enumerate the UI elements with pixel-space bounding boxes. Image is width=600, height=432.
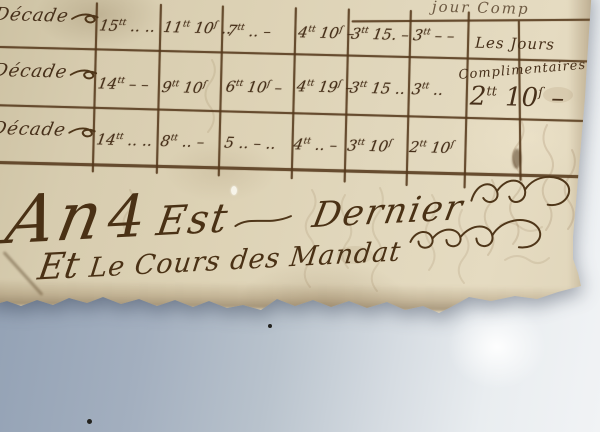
table-cell: 14tt ‥ ‥	[95, 130, 154, 149]
table-cell: 3tt – –	[412, 26, 456, 45]
photo-background: jour Comp Décade 15tt ‥ ‥ 11tt 10ſ ‥ 7tt…	[0, 0, 600, 432]
row-label-text: Décade	[0, 4, 71, 27]
row-label-decade-2: Décade	[0, 60, 99, 83]
table-cell: 4tt 19ſ –	[295, 77, 354, 96]
table-cell: 3tt ‥	[410, 80, 445, 99]
row-label-text: Décade	[0, 118, 68, 141]
paper-speck	[231, 186, 237, 195]
inscription-word-est: Est	[153, 195, 232, 245]
table-cell: 5 ‥ – ‥	[223, 134, 277, 153]
table-cell: 7tt ‥ –	[226, 22, 273, 41]
flourish-icon	[66, 124, 97, 141]
table-cell: 15tt ‥ ‥	[98, 16, 157, 35]
table-cell: 4tt ‥ –	[292, 135, 339, 154]
table-cell: 3tt 15. –	[350, 25, 411, 44]
table-cell: 3tt 15 ‥	[348, 79, 406, 98]
swash-flourish-icon	[233, 210, 294, 231]
table-cell: 6tt 10ſ –	[224, 78, 283, 97]
side-column-value: 2tt 10ſ –	[469, 82, 564, 114]
cutoff-header-text: jour Comp	[432, 0, 530, 18]
table-cell: 8tt ‥ –	[159, 132, 206, 151]
row-label-text: Décade	[0, 60, 69, 83]
side-column-line1: Les Jours	[475, 34, 555, 54]
table-cell: 2tt 10ſ	[408, 138, 455, 157]
table-cell: 3tt 10ſ	[346, 137, 393, 156]
table-cell: 14tt – –	[97, 74, 151, 93]
table-cell: 11tt 10ſ ‥	[162, 18, 233, 38]
dust-speck	[268, 324, 272, 328]
torn-edge-shading	[568, 0, 596, 294]
inscription-word-4: 4	[107, 182, 145, 252]
row-label-decade-3: Décade	[0, 118, 98, 141]
table-grid-line-h	[352, 19, 592, 23]
table-cell: 9tt 10ſ	[160, 78, 207, 97]
dust-speck	[87, 419, 92, 424]
paper-sheet: jour Comp Décade 15tt ‥ ‥ 11tt 10ſ ‥ 7tt…	[0, 0, 600, 320]
inscription-word-an: An	[1, 181, 111, 257]
flourish-icon	[69, 10, 100, 27]
flourish-icon	[67, 66, 98, 83]
table-cell: 4tt 10ſ –	[297, 23, 356, 42]
row-label-decade-1: Décade	[0, 4, 101, 27]
inscription-word-dernier: Dernier	[309, 188, 467, 236]
